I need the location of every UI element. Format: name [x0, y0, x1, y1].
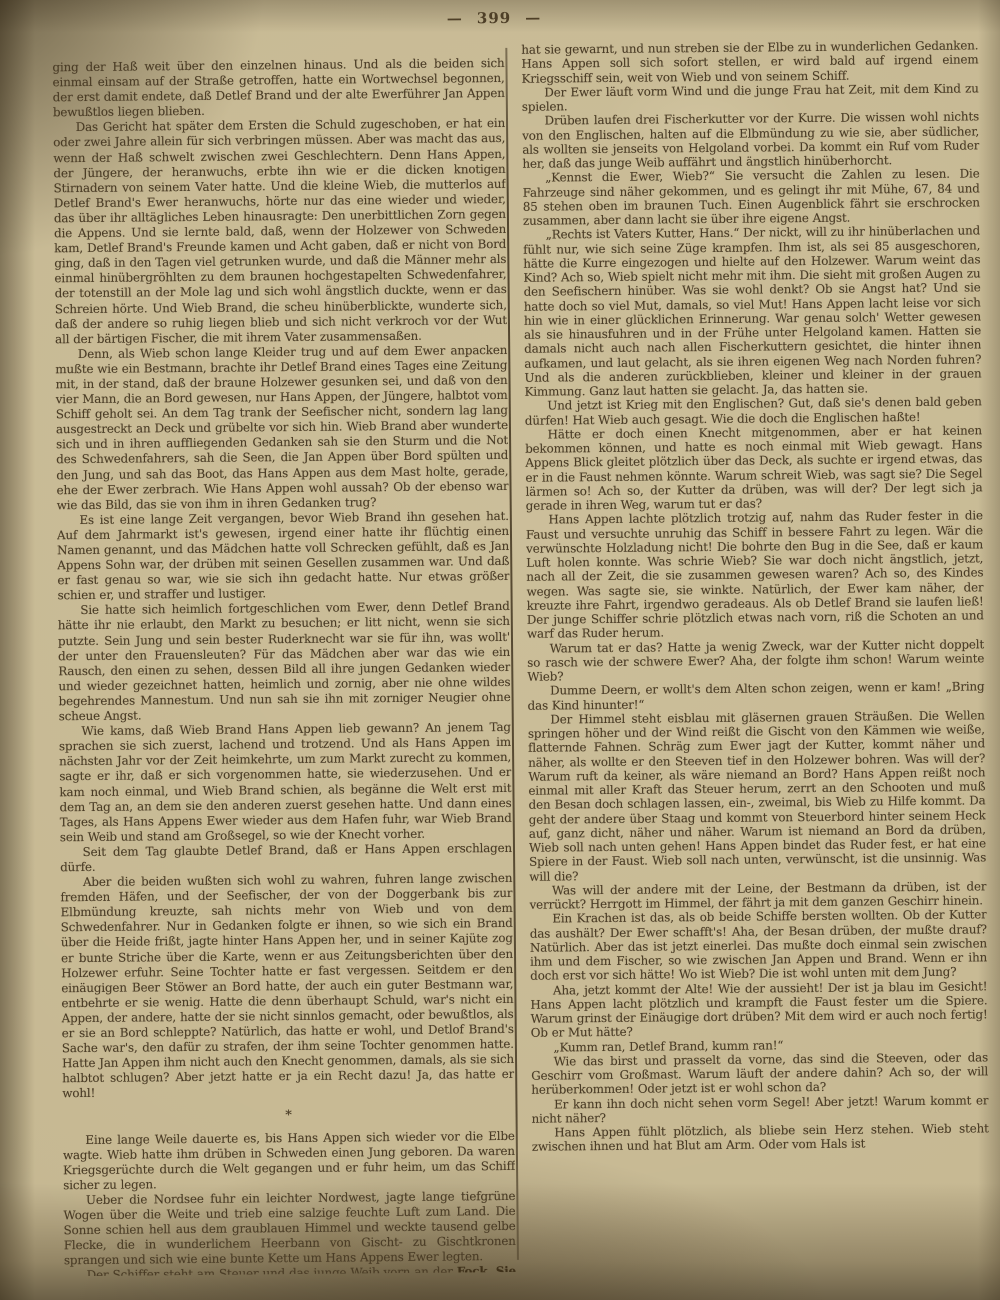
paragraph: Denn, als Wieb schon lange Kleider trug … [55, 343, 509, 513]
paragraph: Aber die beiden wußten sich wohl zu wahr… [60, 871, 514, 1102]
paragraph: Und jetzt ist Krieg mit den Englischen? … [525, 395, 982, 428]
header-dash-right: — [525, 9, 541, 27]
paragraph: Er kann ihn doch nicht sehen vorm Segel!… [531, 1093, 988, 1126]
paragraph: Ueber die Nordsee fuhr ein leichter Nord… [63, 1189, 516, 1269]
paragraph: Der Himmel steht eisblau mit gläsernen g… [528, 708, 987, 883]
paragraph: Drüben laufen drei Fischerkutter vor der… [522, 110, 980, 171]
text-column-left: ging der Haß weit über den einzelnen hin… [52, 56, 516, 1276]
paragraph: „Rechts ist Vaters Kutter, Hans.“ Der ni… [523, 224, 982, 399]
scanned-book-page: { "header": { "page_number": "399", "das… [0, 0, 1000, 1300]
paragraph: „Kennst die Ewer, Wieb?“ Sie versucht di… [522, 167, 980, 228]
paragraph: hat sie gewarnt, und nun streben sie der… [521, 38, 978, 85]
page-header: —399— [0, 4, 994, 32]
section-separator-star: * [62, 1106, 514, 1125]
paragraph: Der Ewer läuft vorm Wind und die junge F… [522, 81, 979, 114]
paragraph: Dumme Deern, er wollt's dem Alten schon … [527, 680, 984, 713]
paragraph: Sie hatte sich heimlich fortgeschlichen … [58, 599, 511, 724]
paragraph: ging der Haß weit über den einzelnen hin… [52, 56, 505, 121]
text-column-right: hat sie gewarnt, und nun streben sie der… [521, 38, 990, 1280]
paragraph: Was will der andere mit der Leine, der B… [529, 879, 986, 912]
page-number: 399 [477, 9, 511, 27]
page-content: —399— ging der Haß weit über den einzeln… [0, 0, 1000, 1300]
paragraph: Hätte er doch einen Knecht mitgenommen, … [525, 423, 983, 513]
paragraph: Wie das birst und prasselt da vorne, das… [531, 1050, 988, 1097]
paragraph: Seit dem Tag glaubte Detlef Brand, daß e… [60, 841, 512, 876]
paragraph: Warum tat er das? Hatte ja wenig Zweck, … [527, 637, 984, 684]
paragraph: Hans Appen fühlt plötzlich, als bliebe s… [532, 1121, 989, 1154]
paragraph: Wie kams, daß Wieb Brand Hans Appen lieb… [59, 720, 512, 845]
paragraph: Aha, jetzt kommt der Alte! Wie der aussi… [530, 979, 988, 1040]
paragraph: Hans Appen lachte plötzlich trotzig auf,… [526, 509, 984, 642]
paragraph: Das Gericht hat später dem Ersten die Sc… [53, 116, 507, 347]
header-dash-left: — [447, 9, 463, 27]
paragraph: Ein Krachen ist das, als ob beide Schiff… [530, 908, 988, 984]
paragraph: Es ist eine lange Zeit vergangen, bevor … [57, 509, 510, 604]
paragraph: Eine lange Weile dauerte es, bis Hans Ap… [63, 1128, 516, 1193]
